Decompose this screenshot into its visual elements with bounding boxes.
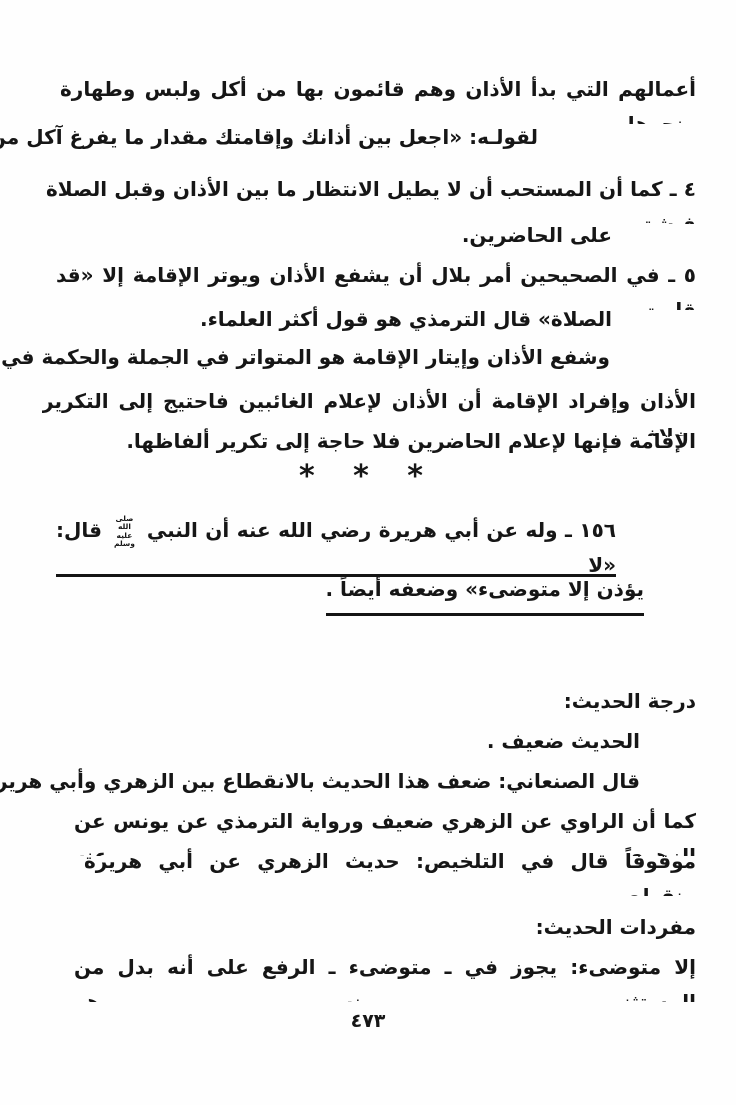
grade-heading: درجة الحديث: [564, 684, 696, 719]
commentary-line-1: وشفع الأذان وإيتار الإقامة هو المتواتر ف… [0, 340, 610, 375]
list-item-4-line-1: ٤ ـ كما أن المستحب أن لا يطيل الانتظار م… [46, 172, 696, 224]
grade-line-3: موقوفاً قال في التلخيص: حديث الزهري عن أ… [84, 844, 696, 896]
vocab-line: إلا متوضىء: يجوز في ـ متوضىء ـ الرفع على… [74, 950, 696, 1002]
intro-quote-line: لقولـه: «اجعل بين أذانك وإقامتك مقدار ما… [0, 120, 538, 155]
list-item-4-marker: ٤ ـ [670, 177, 696, 201]
grade-line-1: قال الصنعاني: ضعف هذا الحديث بالانقطاع ب… [0, 764, 640, 799]
intro-line-1: أعمالهم التي بدأ الأذان وهم قائمون بها م… [60, 72, 696, 124]
list-item-5-marker: ٥ ـ [668, 263, 696, 287]
pbuh-seal-icon: صلى الله عليه وسلم [109, 515, 139, 548]
hadith-isnad: ١٥٦ ـ وله عن أبي هريرة رضي الله عنه أن ا… [147, 518, 616, 542]
section-divider-stars-icon: * * * [0, 462, 736, 492]
list-item-4-line-2: على الحاضرين. [462, 218, 612, 253]
grade-verdict: الحديث ضعيف . [487, 724, 640, 759]
book-page: أعمالهم التي بدأ الأذان وهم قائمون بها م… [0, 0, 736, 1105]
list-item-5-line-2: الصلاة» قال الترمذي هو قول أكثر العلماء. [200, 302, 612, 337]
hadith-line-1: ١٥٦ ـ وله عن أبي هريرة رضي الله عنه أن ا… [56, 513, 616, 577]
vocab-term: إلا متوضىء: [570, 955, 696, 979]
page-number: ٤٧٣ [0, 1004, 736, 1039]
commentary-line-3: الإقامة فإنها لإعلام الحاضرين فلا حاجة إ… [126, 424, 696, 459]
hadith-line-2: يؤذن إلا متوضىء» وضعفه أيضاً . [326, 572, 645, 616]
list-item-4-text: كما أن المستحب أن لا يطيل الانتظار ما بي… [46, 177, 696, 224]
vocab-heading: مفردات الحديث: [536, 910, 696, 945]
